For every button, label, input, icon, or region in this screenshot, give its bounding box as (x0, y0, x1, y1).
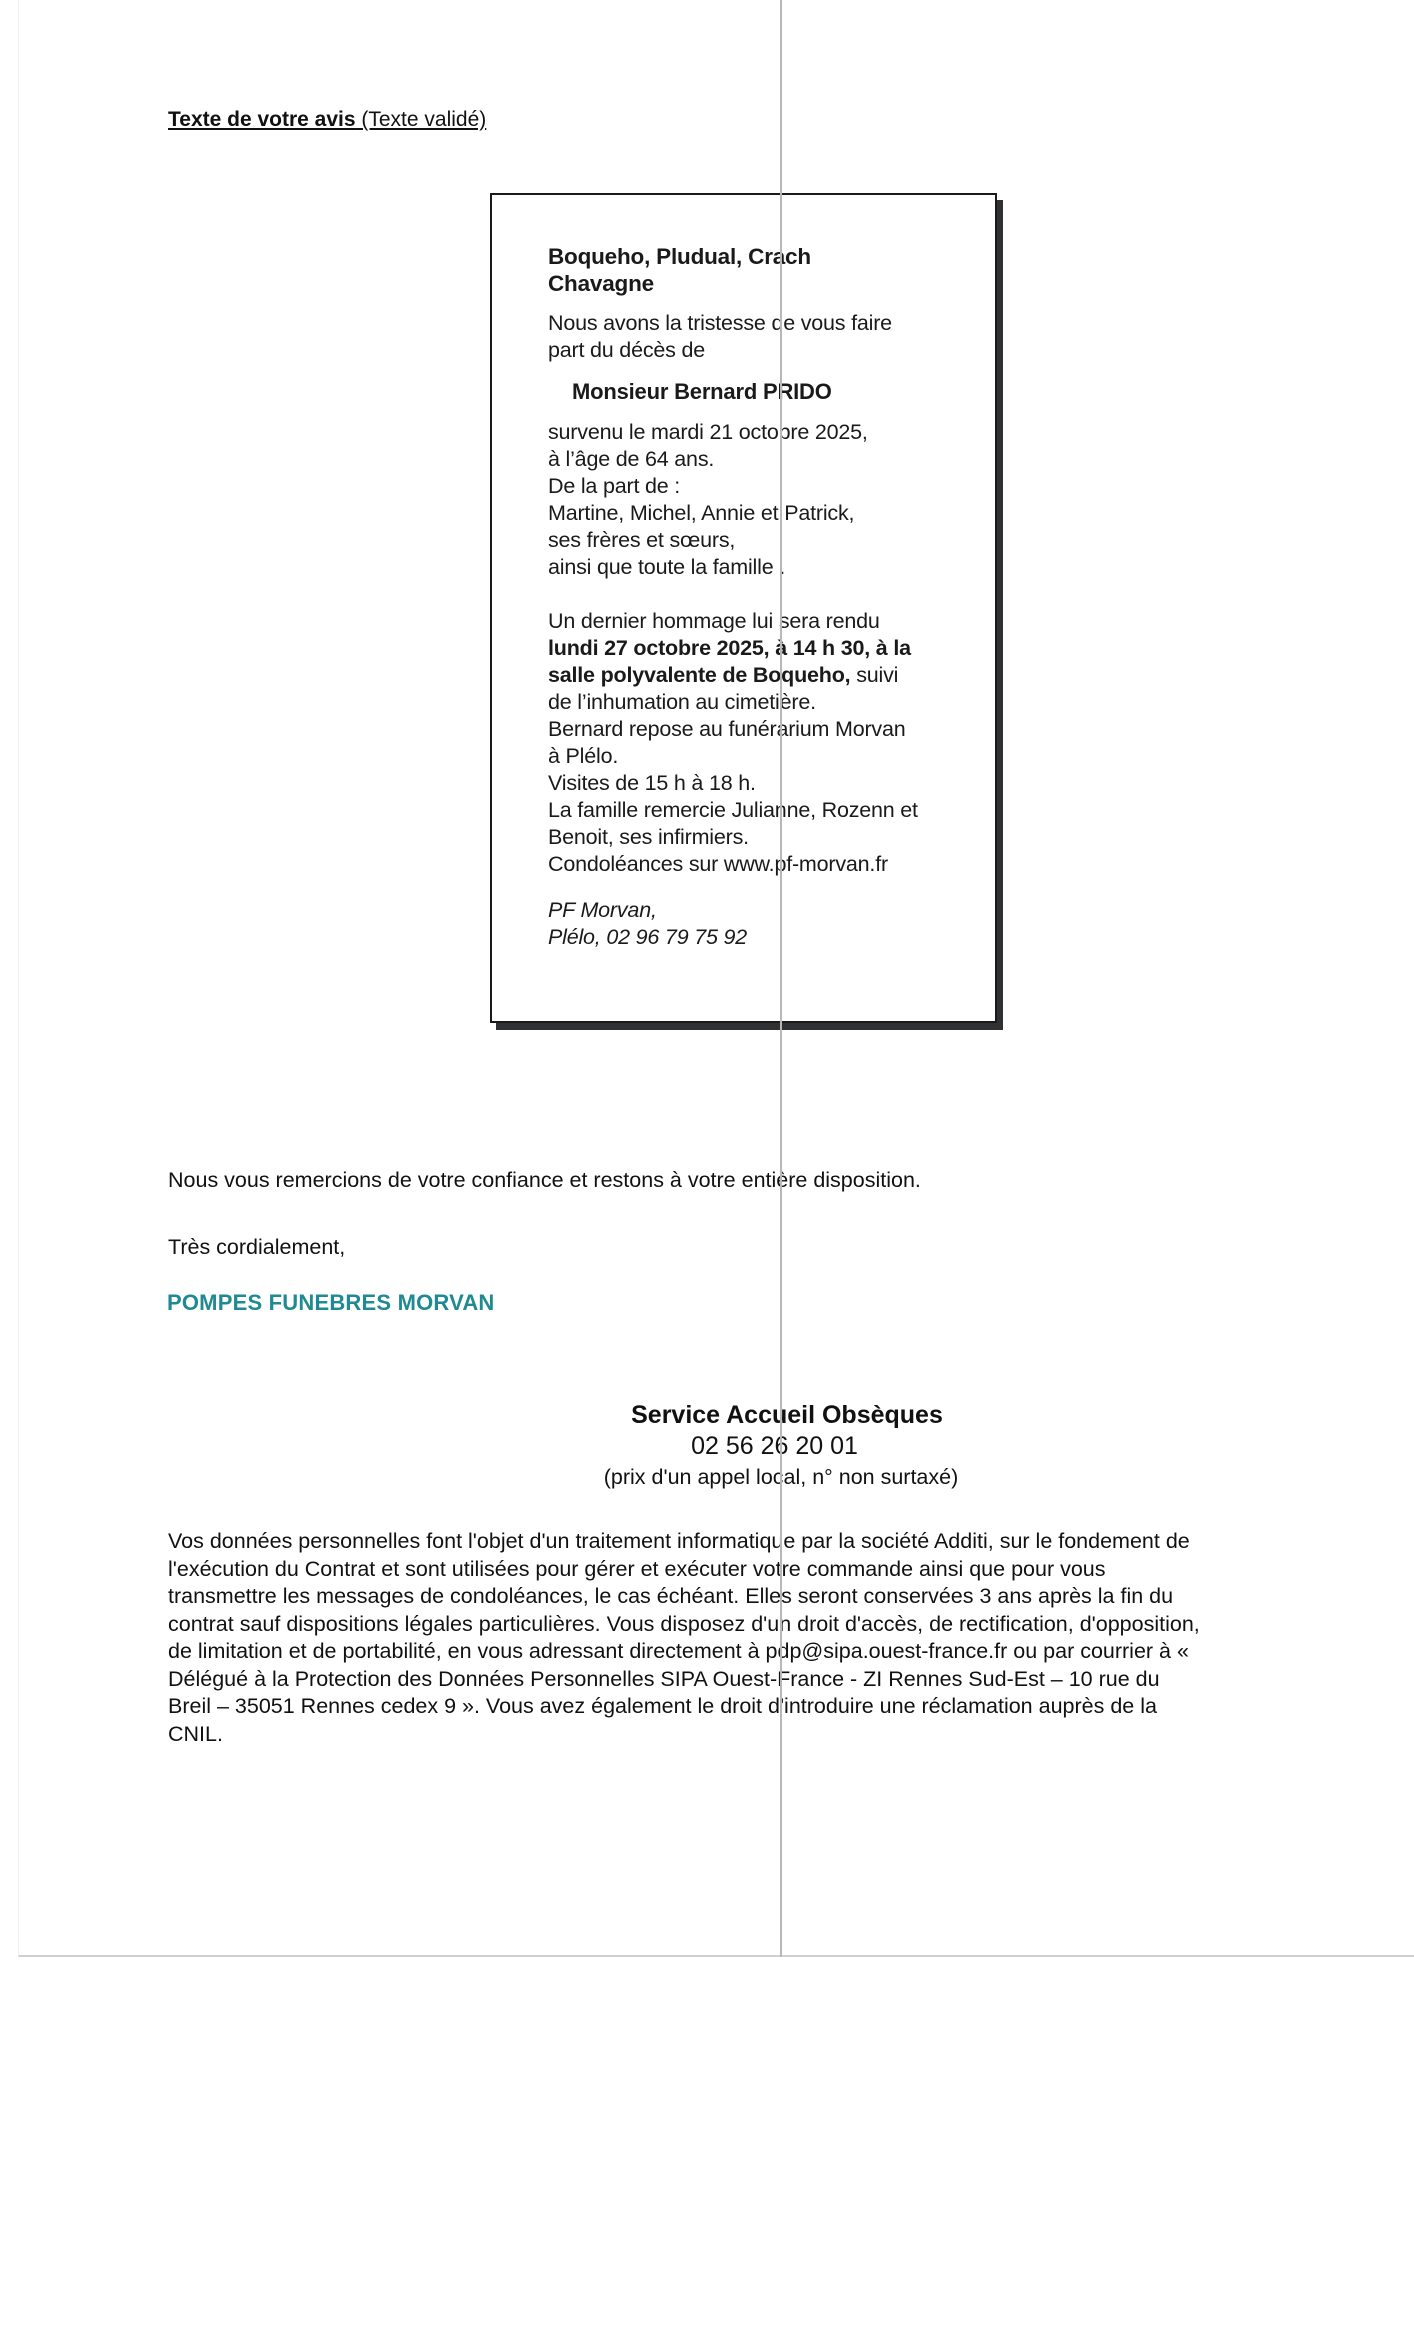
service-note: (prix d'un appel local, n° non surtaxé) (0, 1463, 1414, 1491)
scan-artifact-line (780, 0, 782, 1957)
privacy-line: CNIL. (168, 1721, 1338, 1749)
thanks-paragraph: Nous vous remercions de votre confiance … (168, 1168, 921, 1193)
notice-intro-line: Nous avons la tristesse de vous faire (548, 310, 988, 337)
notice-detail-line: De la part de : (548, 473, 988, 500)
notice-signature: Plélo, 02 96 79 75 92 (548, 924, 988, 951)
notice-locations-line: Boqueho, Pludual, Crach (548, 243, 988, 270)
notice-detail-line: ainsi que toute la famille . (548, 554, 988, 581)
deceased-name: Monsieur Bernard PRIDO (548, 378, 988, 405)
ceremony-place: salle polyvalente de Boqueho, (548, 663, 850, 687)
privacy-line: transmettre les messages de condoléances… (168, 1583, 1338, 1611)
notice-detail-line: à l’âge de 64 ans. (548, 446, 988, 473)
notice-detail-line: survenu le mardi 21 octobre 2025, (548, 419, 988, 446)
service-contact-block: Service Accueil Obsèques 02 56 26 20 01 … (0, 1400, 1414, 1491)
privacy-notice: Vos données personnelles font l'objet d'… (168, 1528, 1338, 1748)
privacy-line: Délégué à la Protection des Données Pers… (168, 1666, 1338, 1694)
title-status: (Texte validé) (356, 108, 487, 131)
notice-locations-line: Chavagne (548, 270, 988, 297)
obituary-notice-content: Boqueho, Pludual, Crach Chavagne Nous av… (548, 243, 988, 951)
ceremony-place-rest: suivi (850, 663, 898, 687)
ceremony-line: Visites de 15 h à 18 h. (548, 770, 988, 797)
ceremony-line: La famille remercie Julianne, Rozenn et (548, 797, 988, 824)
ceremony-place-line: salle polyvalente de Boqueho, suivi (548, 662, 988, 689)
ceremony-date-line: lundi 27 octobre 2025, à 14 h 30, à la (548, 635, 988, 662)
ceremony-line: de l’inhumation au cimetière. (548, 689, 988, 716)
notice-detail-line: Martine, Michel, Annie et Patrick, (548, 500, 988, 527)
notice-intro-line: part du décès de (548, 337, 988, 364)
ceremony-line: Un dernier hommage lui sera rendu (548, 608, 988, 635)
privacy-line: de limitation et de portabilité, en vous… (168, 1638, 1338, 1666)
condolences-line: Condoléances sur www.pf-morvan.fr (548, 851, 988, 878)
closing-salutation: Très cordialement, (168, 1235, 345, 1260)
privacy-line: contrat sauf dispositions légales partic… (168, 1611, 1338, 1639)
company-name: POMPES FUNEBRES MORVAN (167, 1290, 495, 1316)
service-title: Service Accueil Obsèques (0, 1400, 1414, 1430)
page-title: Texte de votre avis (Texte validé) (168, 108, 486, 132)
privacy-line: l'exécution du Contrat et sont utilisées… (168, 1556, 1338, 1584)
notice-signature: PF Morvan, (548, 897, 988, 924)
notice-detail-line: ses frères et sœurs, (548, 527, 988, 554)
ceremony-line: Bernard repose au funérarium Morvan (548, 716, 988, 743)
obituary-notice-box: Boqueho, Pludual, Crach Chavagne Nous av… (490, 193, 997, 1023)
ceremony-line: Benoit, ses infirmiers. (548, 824, 988, 851)
service-phone: 02 56 26 20 01 (0, 1430, 1414, 1463)
title-main: Texte de votre avis (168, 108, 356, 131)
privacy-line: Breil – 35051 Rennes cedex 9 ». Vous ave… (168, 1693, 1338, 1721)
privacy-line: Vos données personnelles font l'objet d'… (168, 1528, 1338, 1556)
ceremony-line: à Plélo. (548, 743, 988, 770)
